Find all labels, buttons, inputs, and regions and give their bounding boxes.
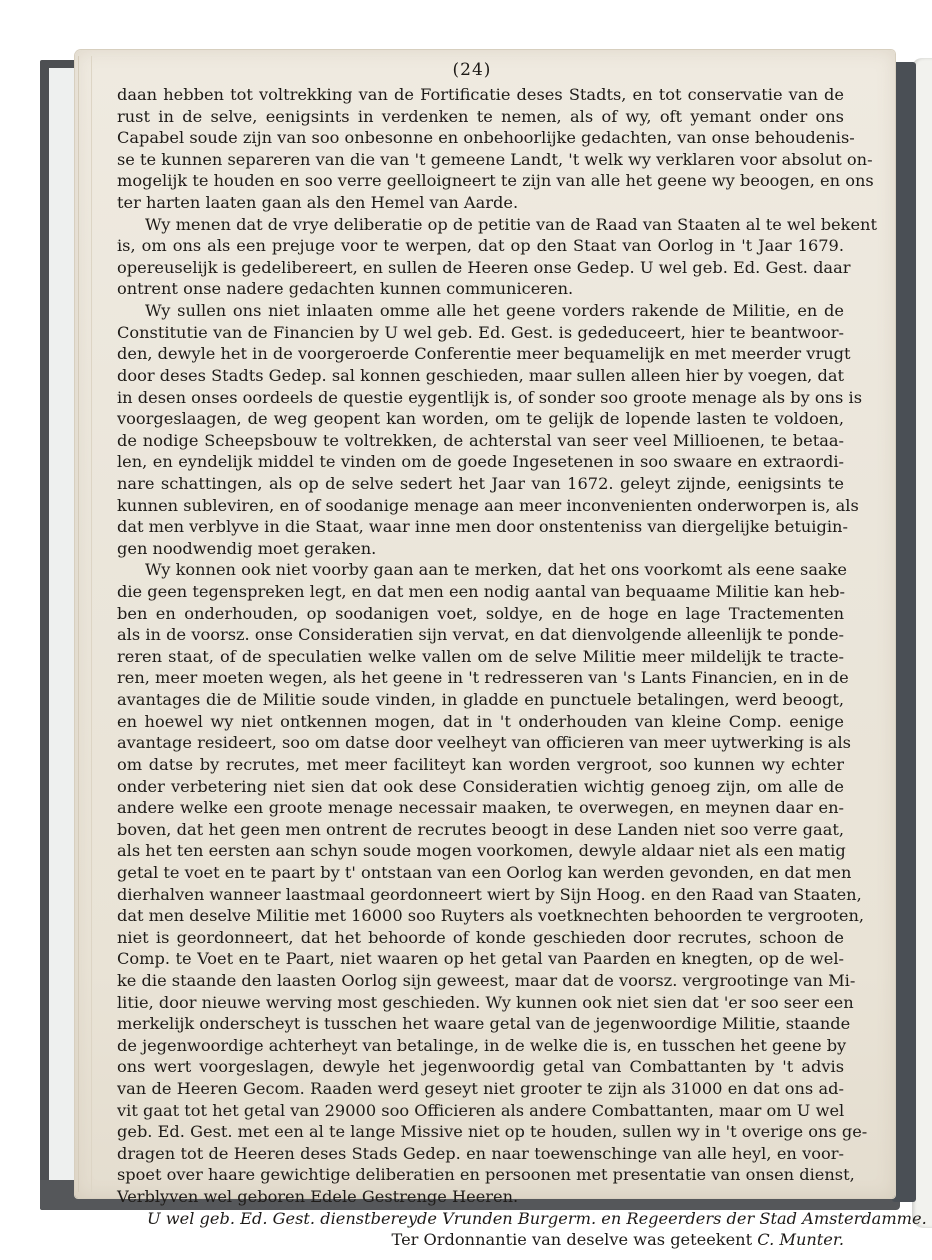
text-line: ons wert voorgeslagen, dewyle het jegenw…: [117, 1056, 844, 1078]
text-line: is, om ons als een prejuge voor te werpe…: [117, 235, 844, 257]
page-gutter-fold: [78, 56, 92, 1192]
text-line: dierhalven wanneer laastmaal geordonneer…: [117, 884, 844, 906]
text-line: dat men deselve Militie met 16000 soo Ru…: [117, 905, 844, 927]
text-line: kunnen subleviren, en of soodanige menag…: [117, 495, 844, 517]
text-line: de nodige Scheepsbouw te voltrekken, de …: [117, 430, 844, 452]
text-line: door deses Stadts Gedep. sal konnen gesc…: [117, 365, 844, 387]
text-line: gen noodwendig moet geraken.: [117, 538, 844, 560]
text-line: Verblyven wel geboren Edele Gestrenge He…: [117, 1186, 844, 1208]
signature-line: U wel geb. Ed. Gest. dienstbereyde Vrund…: [117, 1208, 844, 1230]
text-line: ben en onderhouden, op soodanigen voet, …: [117, 603, 844, 625]
text-line: ontrent onse nadere gedachten kunnen com…: [117, 278, 844, 300]
text-line: dragen tot de Heeren deses Stads Gedep. …: [117, 1143, 844, 1165]
page-body-text: daan hebben tot voltrekking van de Forti…: [117, 84, 844, 1251]
text-line: daan hebben tot voltrekking van de Forti…: [117, 84, 844, 106]
text-line: vit gaat tot het getal van 29000 soo Off…: [117, 1100, 844, 1122]
text-line: getal te voet en te paart by t' ontstaan…: [117, 862, 844, 884]
text-line: litie, door nieuwe werving most geschied…: [117, 992, 844, 1014]
text-line: den, dewyle het in de voorgeroerde Confe…: [117, 343, 844, 365]
text-line: opereuselijk is gedelibereert, en sullen…: [117, 257, 844, 279]
page-number: (24): [452, 60, 492, 80]
text-line: ter harten laaten gaan als den Hemel van…: [117, 192, 844, 214]
text-line: als in de voorsz. onse Consideratien sij…: [117, 624, 844, 646]
text-line: ren, meer moeten wegen, als het geene in…: [117, 667, 844, 689]
paragraph-start-line: Wy sullen ons niet inlaaten omme alle he…: [117, 300, 844, 322]
text-line: niet is geordonneert, dat het behoorde o…: [117, 927, 844, 949]
text-line: geb. Ed. Gest. met een al te lange Missi…: [117, 1121, 844, 1143]
attestation-text: Ter Ordonnantie van deselve was geteeken…: [392, 1230, 753, 1249]
book-spine-edge: [892, 62, 916, 1202]
text-line: die geen tegenspreken legt, en dat men e…: [117, 581, 844, 603]
text-line: se te kunnen separeren van die van 't ge…: [117, 149, 844, 171]
text-line: ke die staande den laasten Oorlog sijn g…: [117, 970, 844, 992]
text-line: spoet over haare gewichtige deliberatien…: [117, 1164, 844, 1186]
text-line: mogelijk te houden en soo verre geelloig…: [117, 170, 844, 192]
text-line: de jegenwoordige achterheyt van betaling…: [117, 1035, 844, 1057]
paragraph-start-line: Wy konnen ook niet voorby gaan aan te me…: [117, 559, 844, 581]
attestation-signer: C. Munter.: [757, 1230, 844, 1249]
text-line: Capabel soude zijn van soo onbesonne en …: [117, 127, 844, 149]
text-line: van de Heeren Gecom. Raaden werd geseyt …: [117, 1078, 844, 1100]
paragraph-start-line: Wy menen dat de vrye deliberatie op de p…: [117, 214, 844, 236]
text-line: rust in de selve, eenigsints in verdenke…: [117, 106, 844, 128]
text-line: nare schattingen, als op de selve sedert…: [117, 473, 844, 495]
text-line: als het ten eersten aan schyn soude moge…: [117, 840, 844, 862]
text-line: om datse by recrutes, met meer facilitey…: [117, 754, 844, 776]
text-line: onder verbetering niet sien dat ook dese…: [117, 776, 844, 798]
text-line: Constitutie van de Financien by U wel ge…: [117, 322, 844, 344]
text-line: avantage resideert, soo om datse door ve…: [117, 732, 844, 754]
text-line: Comp. te Voet en te Paart, niet waaren o…: [117, 948, 844, 970]
text-line: avantages die de Militie soude vinden, i…: [117, 689, 844, 711]
text-line: merkelijk onderscheyt is tusschen het wa…: [117, 1013, 844, 1035]
attestation-line: Ter Ordonnantie van deselve was geteeken…: [117, 1229, 844, 1251]
text-line: len, en eyndelijk middel te vinden om de…: [117, 451, 844, 473]
text-line: boven, dat het geen men ontrent de recru…: [117, 819, 844, 841]
text-line: andere welke een groote menage necessair…: [117, 797, 844, 819]
text-line: voorgeslaagen, de weg geopent kan worden…: [117, 408, 844, 430]
text-line: dat men verblyve in die Staat, waar inne…: [117, 516, 844, 538]
text-line: en hoewel wy niet ontkennen mogen, dat i…: [117, 711, 844, 733]
text-line: in desen onses oordeels de questie eygen…: [117, 387, 844, 409]
text-line: reren staat, of de speculatien welke val…: [117, 646, 844, 668]
